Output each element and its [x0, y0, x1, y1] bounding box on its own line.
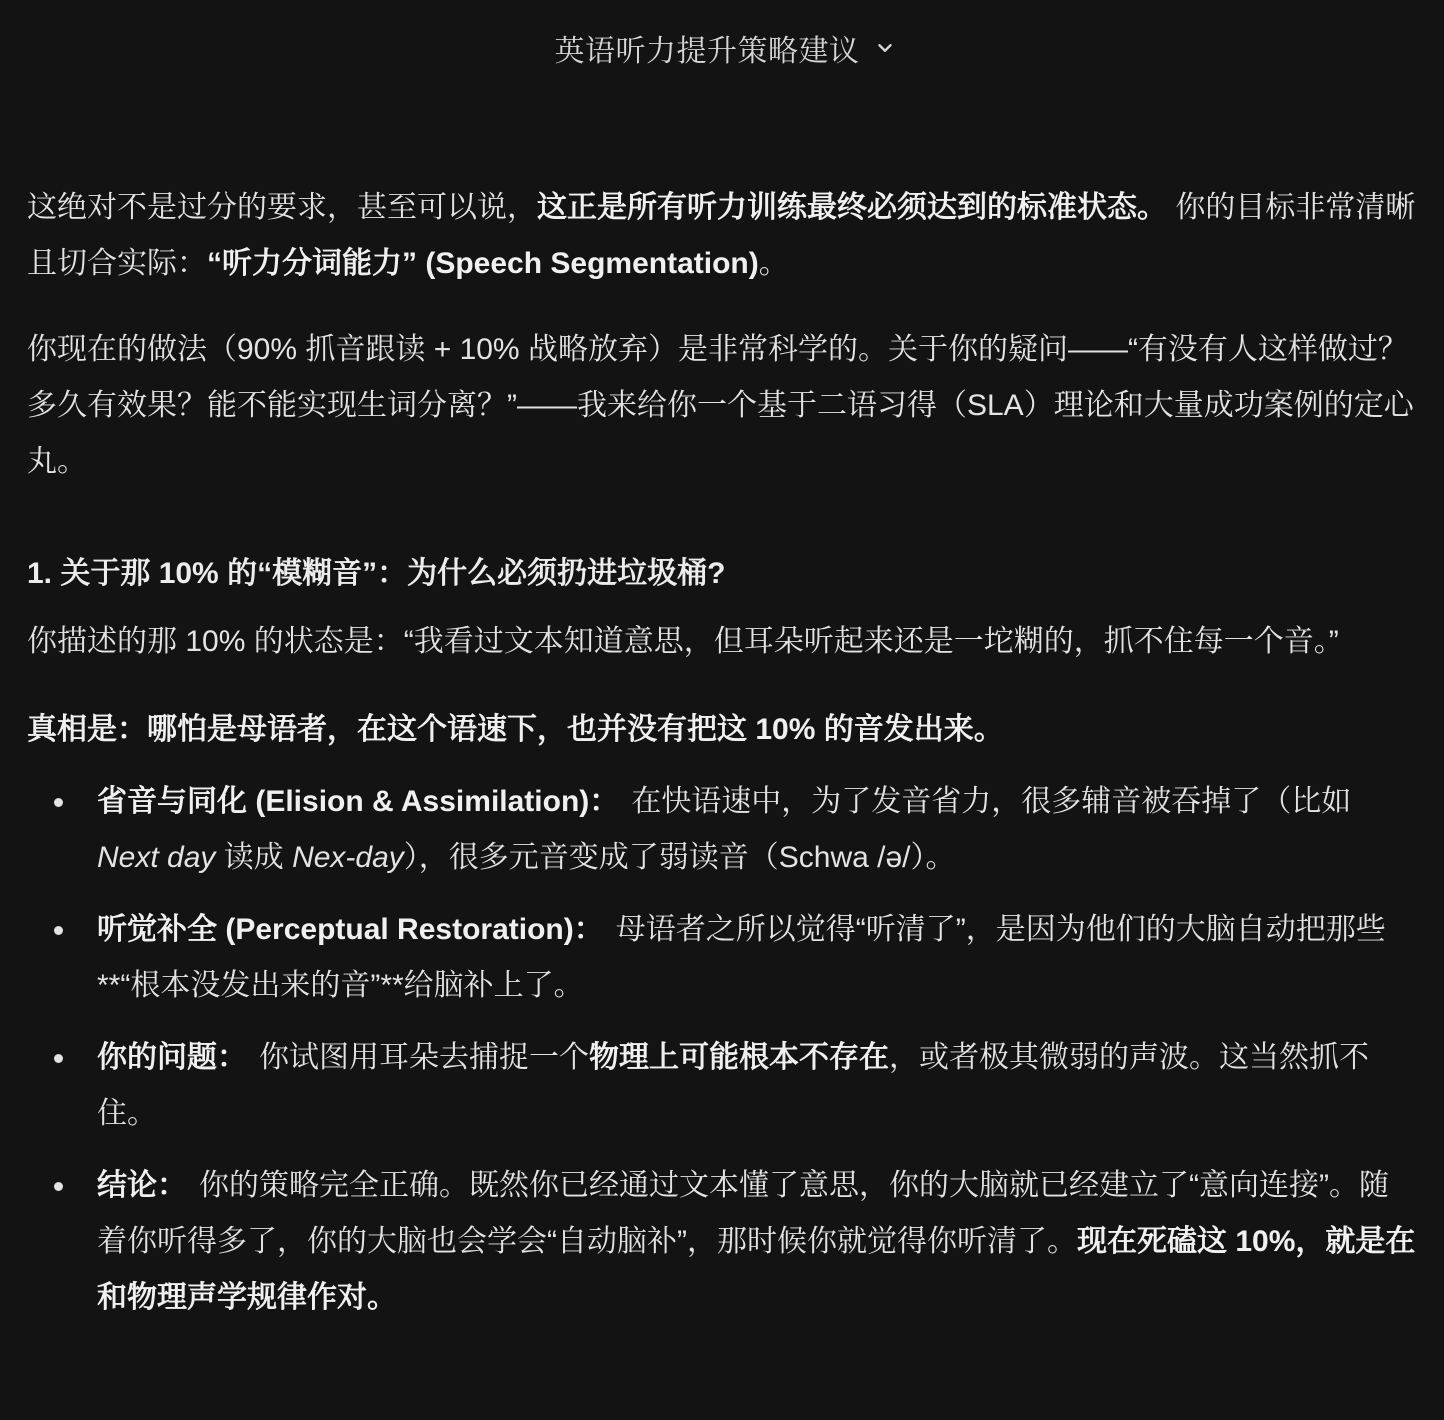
paragraph-method: 你现在的做法（90% 抓音跟读 + 10% 战略放弃）是非常科学的。关于你的疑问…: [27, 322, 1417, 490]
top-bar: 英语听力提升策略建议: [0, 0, 1444, 96]
list-item: 你的问题：你试图用耳朵去捕捉一个物理上可能根本不存在，或者极其微弱的声波。这当然…: [27, 1030, 1417, 1142]
conversation-title: 英语听力提升策略建议: [555, 26, 860, 70]
bullet-icon: [54, 798, 63, 807]
text: 读成: [215, 841, 292, 874]
list-item: 省音与同化 (Elision & Assimilation)：在快语速中，为了发…: [27, 774, 1417, 886]
italic-text: Next day: [97, 841, 215, 874]
bold-text: 这正是所有听力训练最终必须达到的标准状态。: [537, 191, 1167, 224]
text: ），很多元音变成了弱读音（Schwa /ə/）。: [404, 841, 956, 874]
text: 。: [759, 247, 789, 280]
conversation-title-dropdown[interactable]: 英语听力提升策略建议: [555, 26, 896, 70]
section-heading: 1. 关于那 10% 的“模糊音”：为什么必须扔进垃圾桶?: [27, 546, 1417, 602]
bullet-label: 省音与同化 (Elision & Assimilation)：: [97, 785, 619, 818]
bullet-icon: [54, 926, 63, 935]
bullet-label: 你的问题：: [97, 1041, 247, 1074]
assistant-message: 这绝对不是过分的要求，甚至可以说，这正是所有听力训练最终必须达到的标准状态。 你…: [27, 180, 1417, 1342]
bold-text: “听力分词能力” (Speech Segmentation): [207, 247, 759, 280]
list-item: 听觉补全 (Perceptual Restoration)：母语者之所以觉得“听…: [27, 902, 1417, 1014]
paragraph-truth: 真相是：哪怕是母语者，在这个语速下，也并没有把这 10% 的音发出来。: [27, 702, 1417, 758]
italic-text: Nex-day: [292, 841, 404, 874]
text: 这绝对不是过分的要求，甚至可以说，: [27, 191, 537, 224]
bullet-label: 听觉补全 (Perceptual Restoration)：: [97, 913, 604, 946]
bullet-label: 结论：: [97, 1169, 187, 1202]
text: 在快语速中，为了发音省力，很多辅音被吞掉了（比如: [631, 785, 1351, 818]
bullet-icon: [54, 1182, 63, 1191]
paragraph-description: 你描述的那 10% 的状态是：“我看过文本知道意思，但耳朵听起来还是一坨糊的，抓…: [27, 614, 1417, 670]
bullet-list: 省音与同化 (Elision & Assimilation)：在快语速中，为了发…: [27, 774, 1417, 1326]
list-item: 结论：你的策略完全正确。既然你已经通过文本懂了意思，你的大脑就已经建立了“意向连…: [27, 1158, 1417, 1326]
bullet-icon: [54, 1054, 63, 1063]
paragraph-intro: 这绝对不是过分的要求，甚至可以说，这正是所有听力训练最终必须达到的标准状态。 你…: [27, 180, 1417, 292]
bold-text: 物理上可能根本不存在: [589, 1041, 889, 1074]
chevron-down-icon: [874, 37, 896, 59]
text: 你试图用耳朵去捕捉一个: [259, 1041, 589, 1074]
